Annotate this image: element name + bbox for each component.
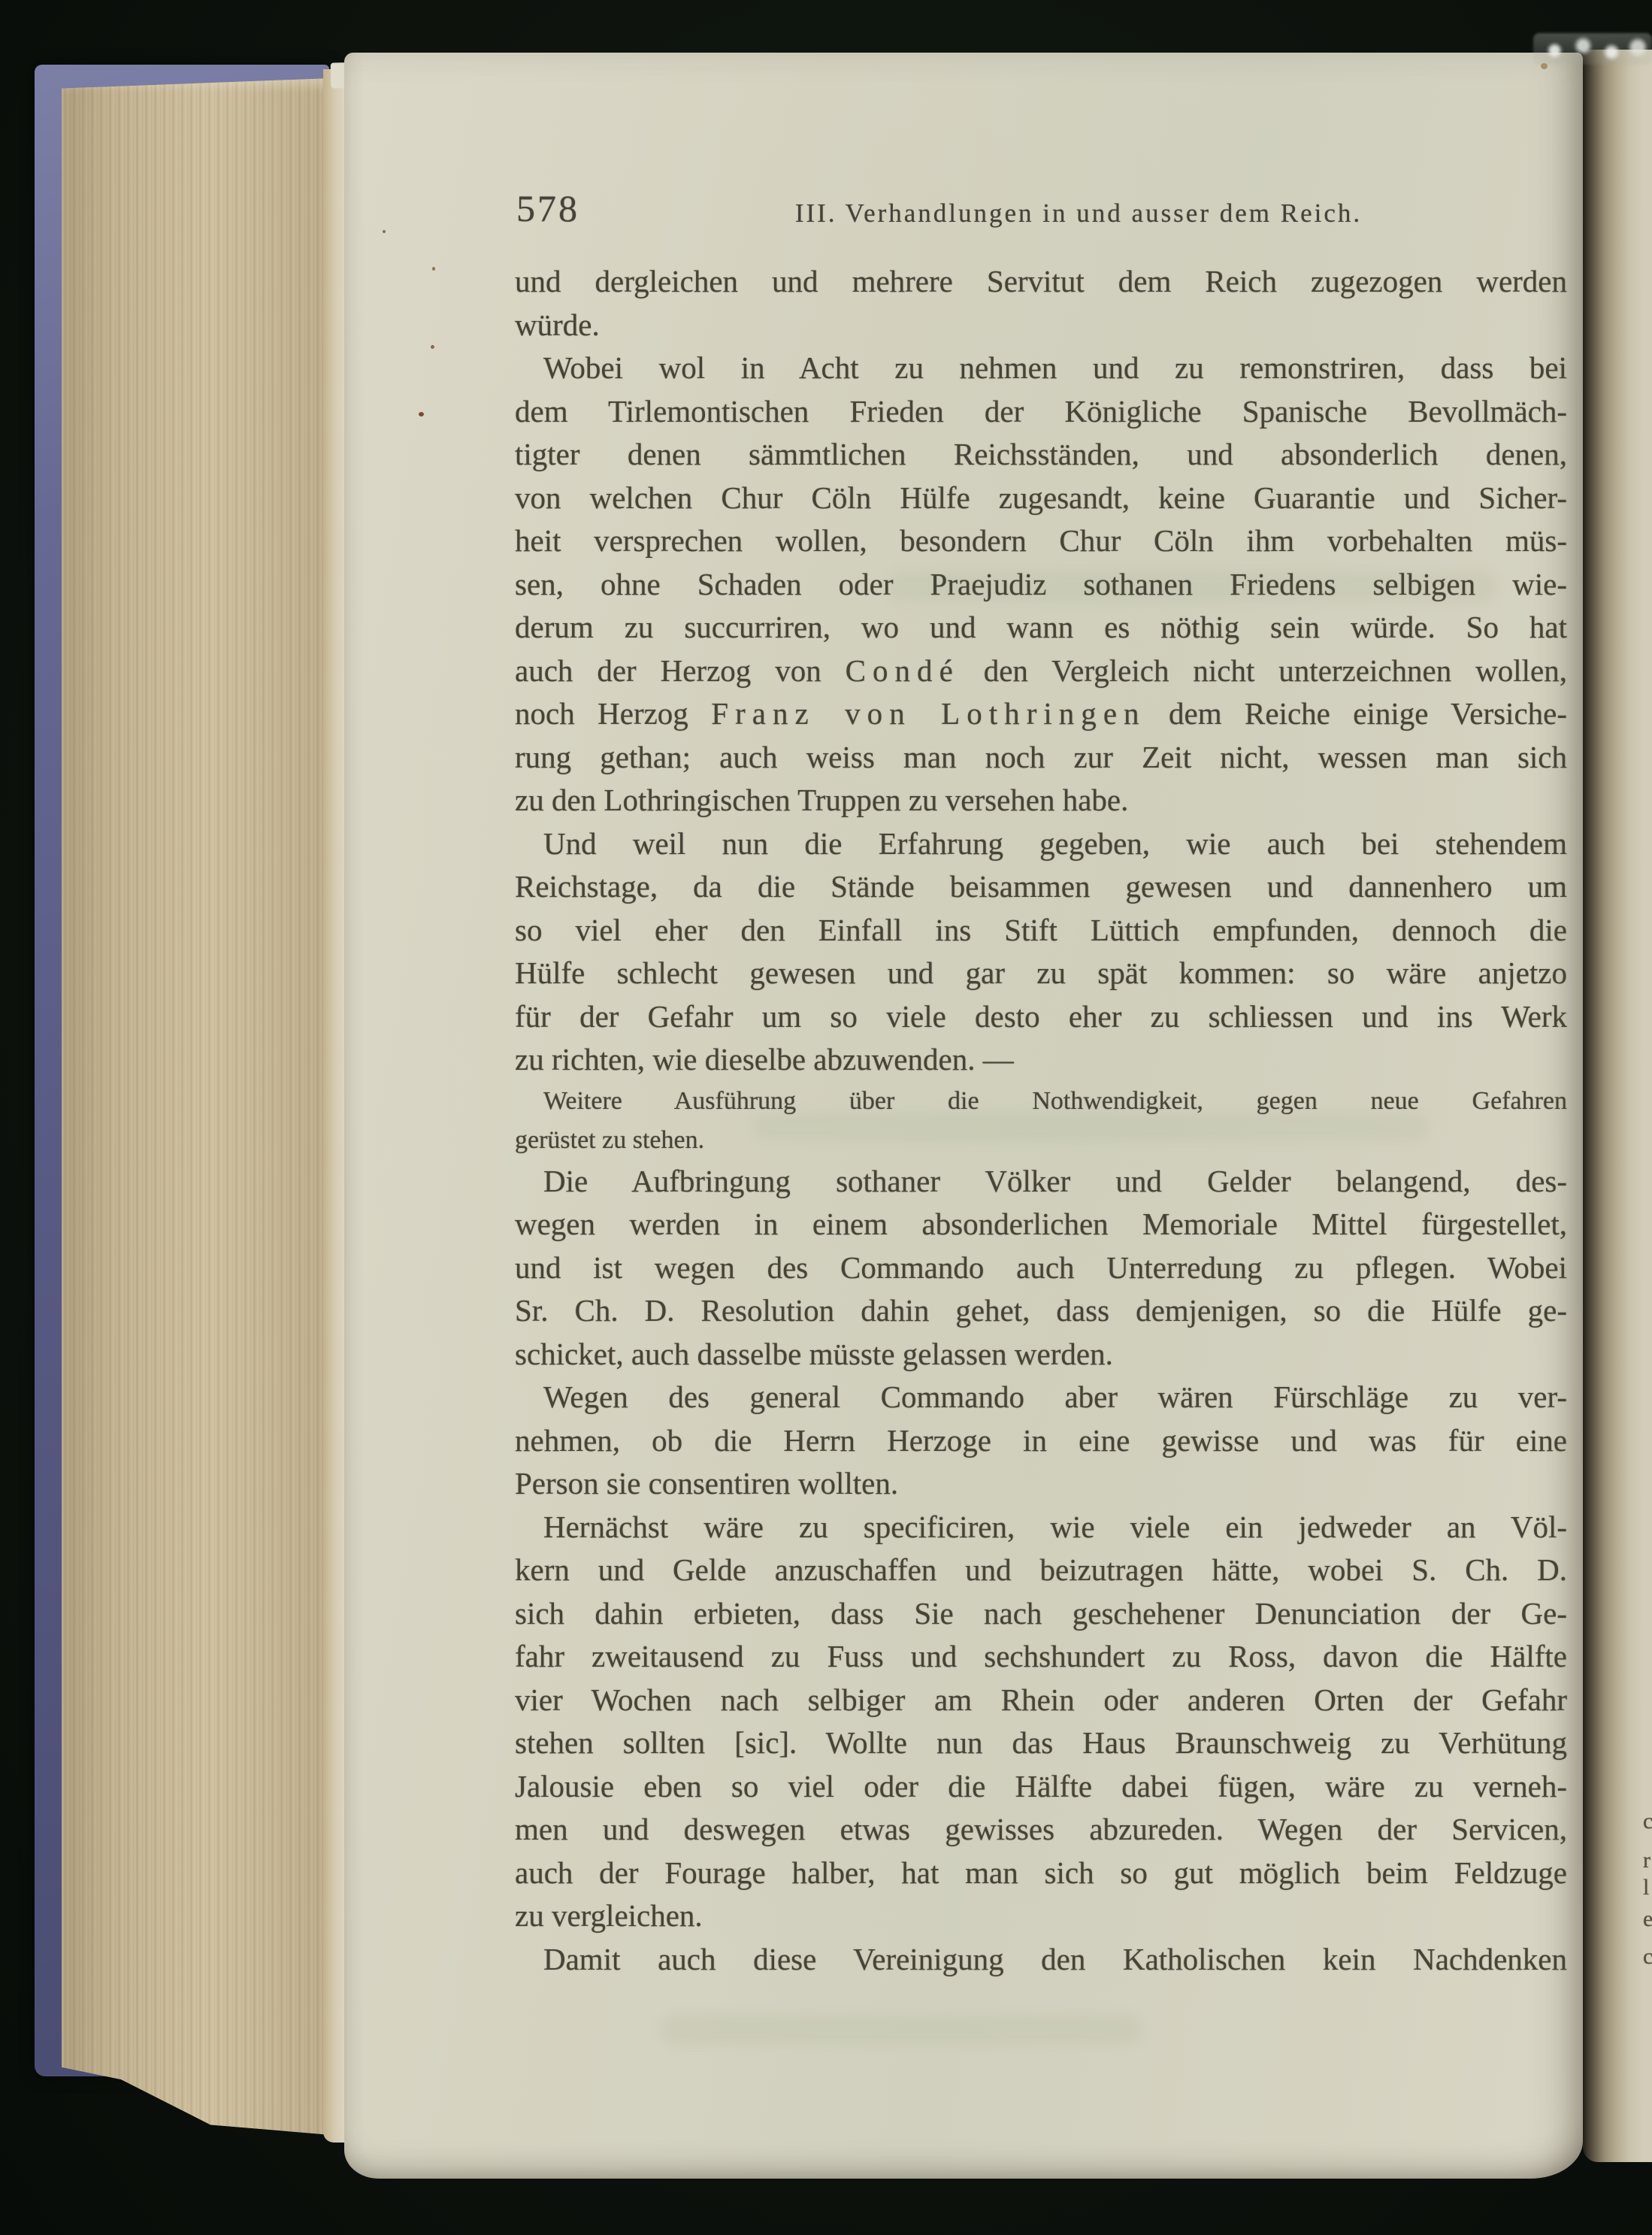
edge-glyph-fragment: e bbox=[1643, 1906, 1652, 1932]
text-line: wegen werden in einem absonderlichen Mem… bbox=[515, 1203, 1567, 1246]
paragraph: Hernächst wäre zu specificiren, wie viel… bbox=[515, 1506, 1567, 1938]
paragraph: Weitere Ausführung über die Nothwendigke… bbox=[515, 1082, 1567, 1160]
text-line: so viel eher den Einfall ins Stift Lütti… bbox=[515, 909, 1567, 952]
page-edges-stack bbox=[62, 78, 332, 2135]
paper-speck bbox=[419, 412, 424, 416]
paper-speck bbox=[383, 230, 386, 233]
text-line: sen, ohne Schaden oder Praejudiz sothane… bbox=[515, 563, 1567, 607]
text-line: Damit auch diese Vereinigung den Katholi… bbox=[515, 1938, 1567, 1982]
text-line: men und deswegen etwas gewisses abzurede… bbox=[515, 1808, 1567, 1852]
text-line: zu richten, wie dieselbe abzuwenden. — bbox=[515, 1038, 1567, 1082]
text-line: zu den Lothringischen Truppen zu versehe… bbox=[515, 779, 1567, 822]
facing-page-edge: crlec bbox=[1583, 50, 1652, 2162]
edge-glyph-fragment: c bbox=[1643, 1944, 1652, 1970]
text-line: kern und Gelde anzuschaffen und beizutra… bbox=[515, 1549, 1567, 1592]
text-line: Person sie consentiren wollten. bbox=[515, 1462, 1567, 1506]
text-line: Jalousie eben so viel oder die Hälfte da… bbox=[515, 1765, 1567, 1809]
paragraph: und dergleichen und mehrere Servitut dem… bbox=[515, 260, 1567, 347]
text-line: würde. bbox=[515, 304, 1567, 347]
text-line: Wegen des general Commando aber wären Fü… bbox=[515, 1376, 1567, 1419]
text-line: und ist wegen des Commando auch Unterred… bbox=[515, 1246, 1567, 1290]
text-line: für der Gefahr um so viele desto eher zu… bbox=[515, 995, 1567, 1039]
text-line: Und weil nun die Erfahrung gegeben, wie … bbox=[515, 822, 1567, 866]
book-page: 578 III. Verhandlungen in und ausser dem… bbox=[344, 53, 1583, 2179]
text-line: heit versprechen wollen, besondern Chur … bbox=[515, 519, 1567, 563]
text-line: Die Aufbringung sothaner Völker und Geld… bbox=[515, 1160, 1567, 1204]
text-line: derum zu succurriren, wo und wann es nöt… bbox=[515, 606, 1567, 650]
text-line: dem Tirlemontischen Frieden der Königlic… bbox=[515, 390, 1567, 434]
text-line: sich dahin erbieten, dass Sie nach gesch… bbox=[515, 1592, 1567, 1636]
paragraph: Die Aufbringung sothaner Völker und Geld… bbox=[515, 1160, 1567, 1376]
page-header: 578 III. Verhandlungen in und ausser dem… bbox=[515, 188, 1567, 233]
text-line: auch der Fourage halber, hat man sich so… bbox=[515, 1852, 1567, 1895]
text-line: schicket, auch dasselbe müsste gelassen … bbox=[515, 1333, 1567, 1376]
text-line: Weitere Ausführung über die Nothwendigke… bbox=[515, 1082, 1567, 1121]
text-line: zu vergleichen. bbox=[515, 1894, 1567, 1938]
text-line: von welchen Chur Cöln Hülfe zugesandt, k… bbox=[515, 477, 1567, 520]
text-line: Hernächst wäre zu specificiren, wie viel… bbox=[515, 1506, 1567, 1549]
text-line: nehmen, ob die Herrn Herzoge in eine gew… bbox=[515, 1419, 1567, 1463]
book-scan-backdrop: 578 III. Verhandlungen in und ausser dem… bbox=[0, 0, 1652, 2235]
tape-glint bbox=[1533, 33, 1652, 65]
edge-glyph-fragment: c bbox=[1643, 1809, 1652, 1834]
paragraph: Und weil nun die Erfahrung gegeben, wie … bbox=[515, 822, 1567, 1082]
text-line: Reichstage, da die Stände beisammen gewe… bbox=[515, 865, 1567, 909]
text-line: gerüstet zu stehen. bbox=[515, 1121, 1567, 1160]
page-body: und dergleichen und mehrere Servitut dem… bbox=[515, 260, 1567, 1981]
text-line: Hülfe schlecht gewesen und gar zu spät k… bbox=[515, 952, 1567, 995]
paragraph: Damit auch diese Vereinigung den Katholi… bbox=[515, 1938, 1567, 1982]
running-head: III. Verhandlungen in und ausser dem Rei… bbox=[552, 200, 1605, 226]
text-line: und dergleichen und mehrere Servitut dem… bbox=[515, 260, 1567, 304]
text-line: stehen sollten [sic]. Wollte nun das Hau… bbox=[515, 1722, 1567, 1765]
paper-speck bbox=[432, 267, 435, 271]
paragraph: Wobei wol in Acht zu nehmen und zu remon… bbox=[515, 347, 1567, 822]
text-line: auch der Herzog von Condé den Vergleich … bbox=[515, 650, 1567, 693]
text-line: rung gethan; auch weiss man noch zur Zei… bbox=[515, 736, 1567, 780]
edge-glyph-fragment: l bbox=[1643, 1875, 1649, 1900]
text-line: fahr zweitausend zu Fuss und sechshunder… bbox=[515, 1635, 1567, 1679]
edge-glyph-fragment: r bbox=[1643, 1848, 1650, 1873]
text-line: vier Wochen nach selbiger am Rhein oder … bbox=[515, 1679, 1567, 1722]
text-line: tigter denen sämmtlichen Reichsständen, … bbox=[515, 433, 1567, 477]
text-line: Sr. Ch. D. Resolution dahin gehet, dass … bbox=[515, 1289, 1567, 1333]
paper-speck bbox=[431, 345, 434, 349]
text-line: Wobei wol in Acht zu nehmen und zu remon… bbox=[515, 347, 1567, 390]
text-line: noch Herzog Franz von Lothringen dem Rei… bbox=[515, 692, 1567, 736]
showthrough-smudge bbox=[661, 2015, 1142, 2045]
paragraph: Wegen des general Commando aber wären Fü… bbox=[515, 1376, 1567, 1506]
